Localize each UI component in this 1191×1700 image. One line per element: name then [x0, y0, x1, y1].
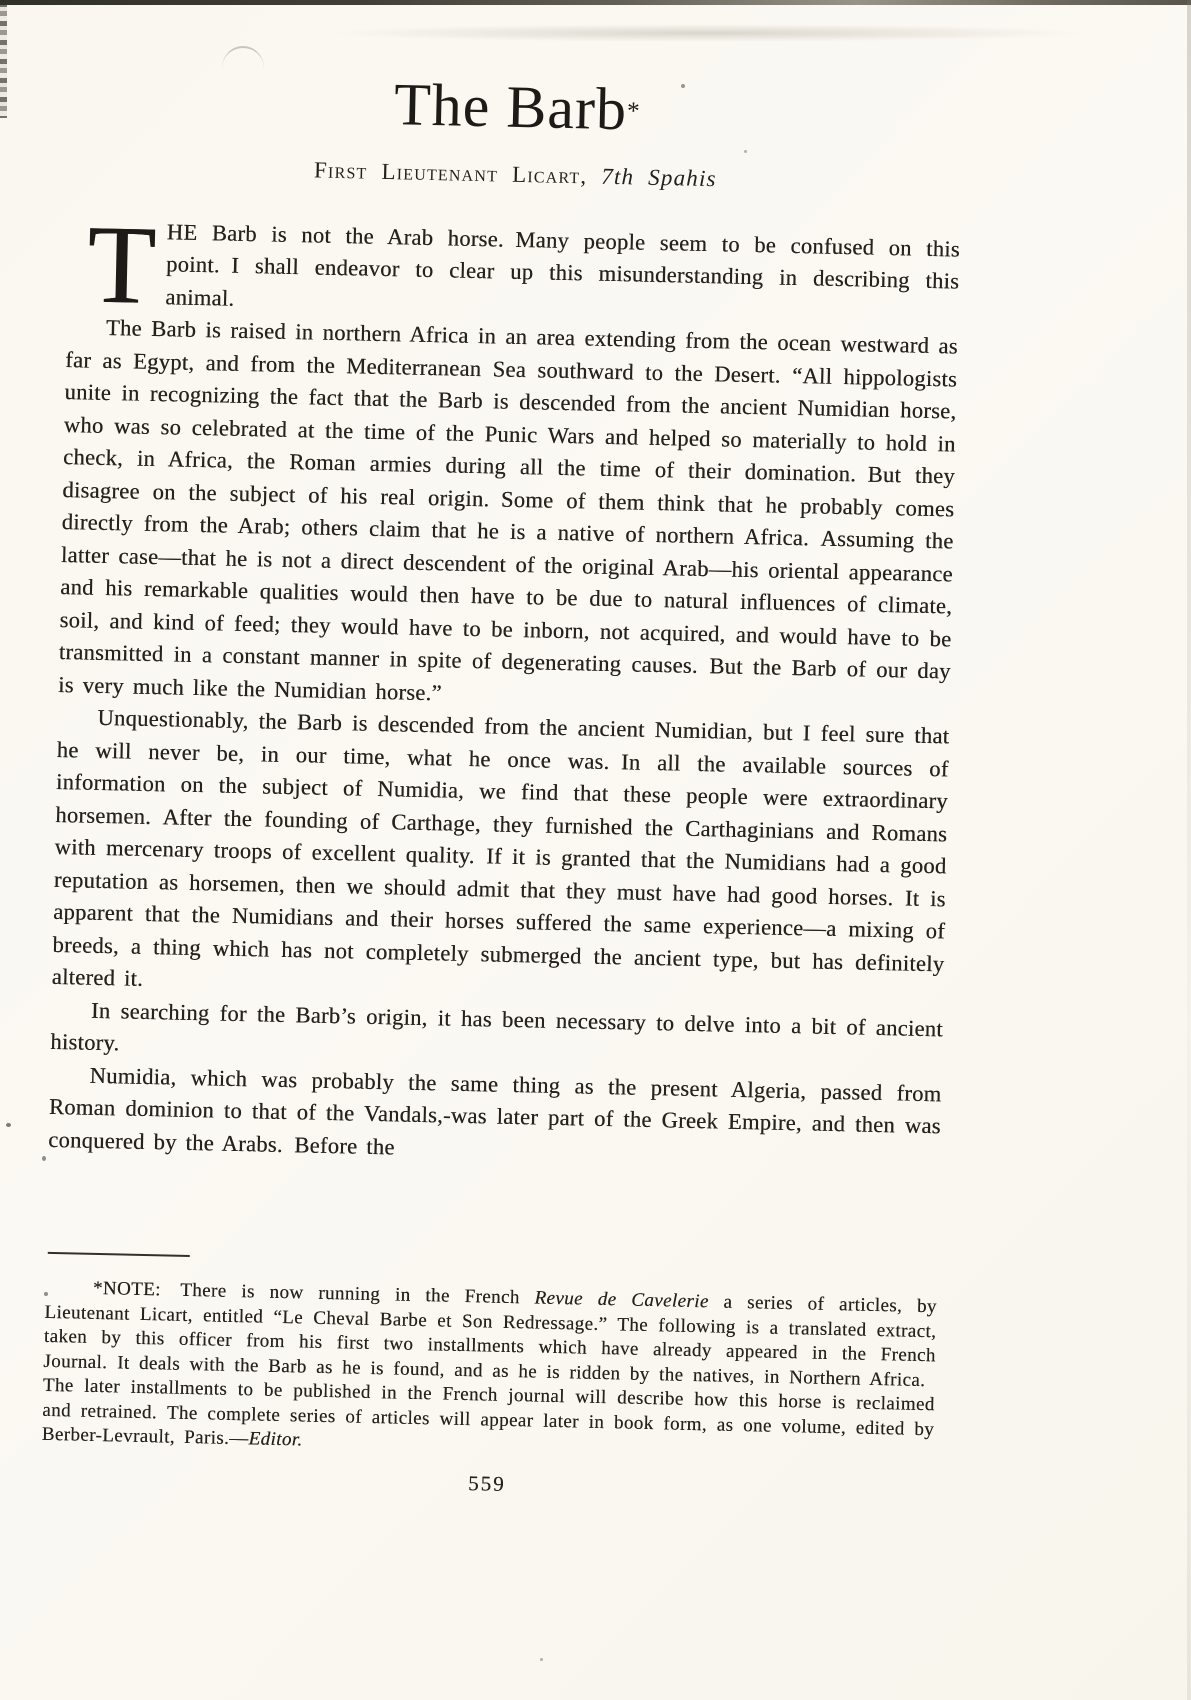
scanned-document-page: { "colors": { "paper": "#faf8f1", "ink":…	[0, 0, 1191, 1700]
scan-artifact-speck	[6, 1123, 11, 1127]
body-paragraph: Unquestionably, the Barb is descended fr…	[51, 701, 949, 1013]
scan-artifact-speck	[540, 1658, 543, 1661]
byline: First Lieutenant Licart, 7th Spahis	[69, 152, 961, 197]
scan-artifact-smudge	[330, 24, 1090, 42]
article-title: The Barb*	[70, 65, 963, 149]
footnote-separator	[48, 1252, 190, 1257]
article-body: THE Barb is not the Arab horse. Many peo…	[48, 214, 960, 1176]
footnote-marker: *	[627, 98, 640, 125]
footnote: *NOTE: There is now running in the Frenc…	[42, 1276, 938, 1467]
body-paragraph: The Barb is raised in northern Africa in…	[58, 311, 958, 720]
byline-author: First Lieutenant Licart,	[314, 157, 588, 188]
drop-cap: T	[86, 218, 157, 311]
page-content: The Barb* First Lieutenant Licart, 7th S…	[41, 51, 964, 1506]
footnote-journal-title: Revue de Cavelerie	[534, 1288, 709, 1313]
lead-paragraph: THE Barb is not the Arab horse. Many peo…	[66, 214, 960, 331]
body-paragraph: Numidia, which was probably the same thi…	[48, 1059, 942, 1176]
scan-artifact-right-edge	[1187, 0, 1191, 1700]
scan-artifact-left-edge	[0, 2, 7, 118]
scan-artifact-top-edge	[0, 0, 1191, 5]
article-title-text: The Barb	[393, 71, 627, 142]
footnote-editor-signature: Editor.	[248, 1429, 302, 1451]
byline-unit: 7th Spahis	[601, 164, 717, 192]
lead-paragraph-text: HE Barb is not the Arab horse. Many peop…	[165, 219, 960, 310]
footnote-text: a series of articles, by Lieutenant Lica…	[42, 1292, 937, 1450]
scan-artifact-speck	[42, 1156, 46, 1161]
